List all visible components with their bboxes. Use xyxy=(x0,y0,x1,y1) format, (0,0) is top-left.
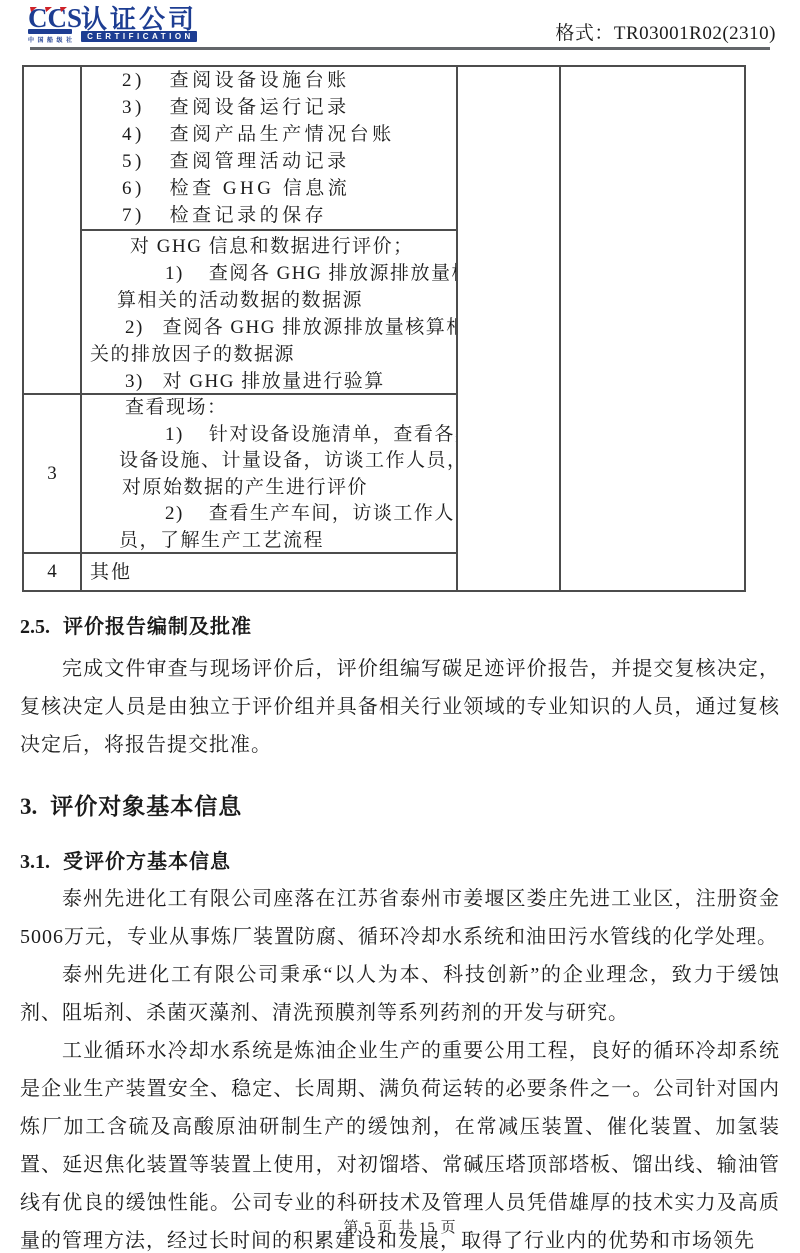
table-cell-document-review: 2) 查阅设备设施台账 3) 查阅设备运行记录 4) 查阅产品生产情况台账 5)… xyxy=(82,67,456,229)
table-line: 1) 针对设备设施清单，查看各类 xyxy=(165,422,450,449)
table-cell-site-visit: 查看现场： 1) 针对设备设施清单，查看各类 设备设施、计量设备，访谈工作人员，… xyxy=(82,393,456,552)
table-line: 对 GHG 信息和数据进行评价； xyxy=(130,233,450,260)
certification-banner: CERTIFICATION xyxy=(81,31,197,42)
section-number: 3.1. xyxy=(20,851,50,873)
ccs-logo-wordmark: 认证公司 CERTIFICATION xyxy=(81,8,197,44)
table-column-serial: 3 4 xyxy=(24,67,82,590)
ccs-logo-mark: CCS 中 国 船 级 社 xyxy=(28,8,74,44)
table-line: 员，了解生产工艺流程 xyxy=(119,528,450,553)
document-page: CCS 中 国 船 级 社 认证公司 CERTIFICATION 格式：TR03… xyxy=(0,0,800,1253)
table-line: 设备设施、计量设备，访谈工作人员， xyxy=(119,448,450,475)
ccs-logo: CCS 中 国 船 级 社 认证公司 CERTIFICATION xyxy=(28,8,197,44)
section-2-5-paragraph: 完成文件审查与现场评价后，评价组编写碳足迹评价报告，并提交复核决定，复核决定人员… xyxy=(20,650,780,764)
page-number: 第 5 页 共 15 页 xyxy=(0,1216,800,1237)
ccs-logo-text: CCS xyxy=(28,8,74,28)
table-line: 7) 检查记录的保存 xyxy=(122,202,450,229)
table-line: 其他 xyxy=(90,559,132,586)
table-line: 2) 查阅设备设施台账 xyxy=(122,67,450,94)
table-line: 3) 对 GHG 排放量进行验算 xyxy=(125,368,450,393)
page-header: CCS 中 国 船 级 社 认证公司 CERTIFICATION 格式：TR03… xyxy=(20,6,780,46)
table-line: 3) 查阅设备运行记录 xyxy=(122,94,450,121)
table-line: 关的排放因子的数据源 xyxy=(90,341,450,368)
table-line: 5) 查阅管理活动记录 xyxy=(122,148,450,175)
serial-cell-3: 3 xyxy=(24,393,80,552)
serial-cell-empty xyxy=(24,67,80,393)
section-title: 评价报告编制及批准 xyxy=(63,616,252,638)
table-line: 2) 查阅各 GHG 排放源排放量核算相 xyxy=(125,314,450,341)
table-line: 对原始数据的产生进行评价 xyxy=(122,475,450,502)
section-number: 2.5. xyxy=(20,616,50,638)
company-philosophy-paragraph: 泰州先进化工有限公司秉承“以人为本、科技创新”的企业理念，致力于缓蚀剂、阻垢剂、… xyxy=(20,956,780,1032)
section-3-1-body: 泰州先进化工有限公司座落在江苏省泰州市姜堰区娄庄先进工业区，注册资金5006万元… xyxy=(20,880,780,1253)
company-intro-paragraph: 泰州先进化工有限公司座落在江苏省泰州市姜堰区娄庄先进工业区，注册资金5006万元… xyxy=(20,880,780,956)
section-title: 评价对象基本信息 xyxy=(50,794,242,819)
table-cell-ghg-evaluation: 对 GHG 信息和数据进行评价； 1) 查阅各 GHG 排放源排放量核 算相关的… xyxy=(82,229,456,393)
serial-cell-4: 4 xyxy=(24,552,80,590)
section-3-heading: 3.评价对象基本信息 xyxy=(20,788,780,821)
table-column-activities: 2) 查阅设备设施台账 3) 查阅设备运行记录 4) 查阅产品生产情况台账 5)… xyxy=(82,67,458,590)
table-line: 算相关的活动数据的数据源 xyxy=(117,287,450,314)
table-line: 2) 查看生产车间，访谈工作人 xyxy=(165,501,450,528)
table-line: 6) 检查 GHG 信息流 xyxy=(122,175,450,202)
table-line: 1) 查阅各 GHG 排放源排放量核 xyxy=(165,260,450,287)
table-column-findings-empty xyxy=(458,67,561,590)
section-title: 受评价方基本信息 xyxy=(63,851,231,873)
company-cn-name: 认证公司 xyxy=(81,8,197,30)
evaluation-table: 3 4 2) 查阅设备设施台账 3) 查阅设备运行记录 4) 查阅产品生产情况台… xyxy=(22,65,746,592)
section-3-1-heading: 3.1.受评价方基本信息 xyxy=(20,845,780,874)
table-line: 查看现场： xyxy=(125,395,450,422)
format-label: 格式：TR03001R02(2310) xyxy=(555,18,776,45)
table-line: 4) 查阅产品生产情况台账 xyxy=(122,121,450,148)
table-column-remarks-empty xyxy=(561,67,744,590)
header-rule xyxy=(30,47,770,50)
section-number: 3. xyxy=(20,794,37,819)
table-cell-other: 其他 xyxy=(82,552,456,590)
ccs-society-label: 中 国 船 级 社 xyxy=(28,35,74,44)
section-2-5-heading: 2.5.评价报告编制及批准 xyxy=(20,610,780,639)
